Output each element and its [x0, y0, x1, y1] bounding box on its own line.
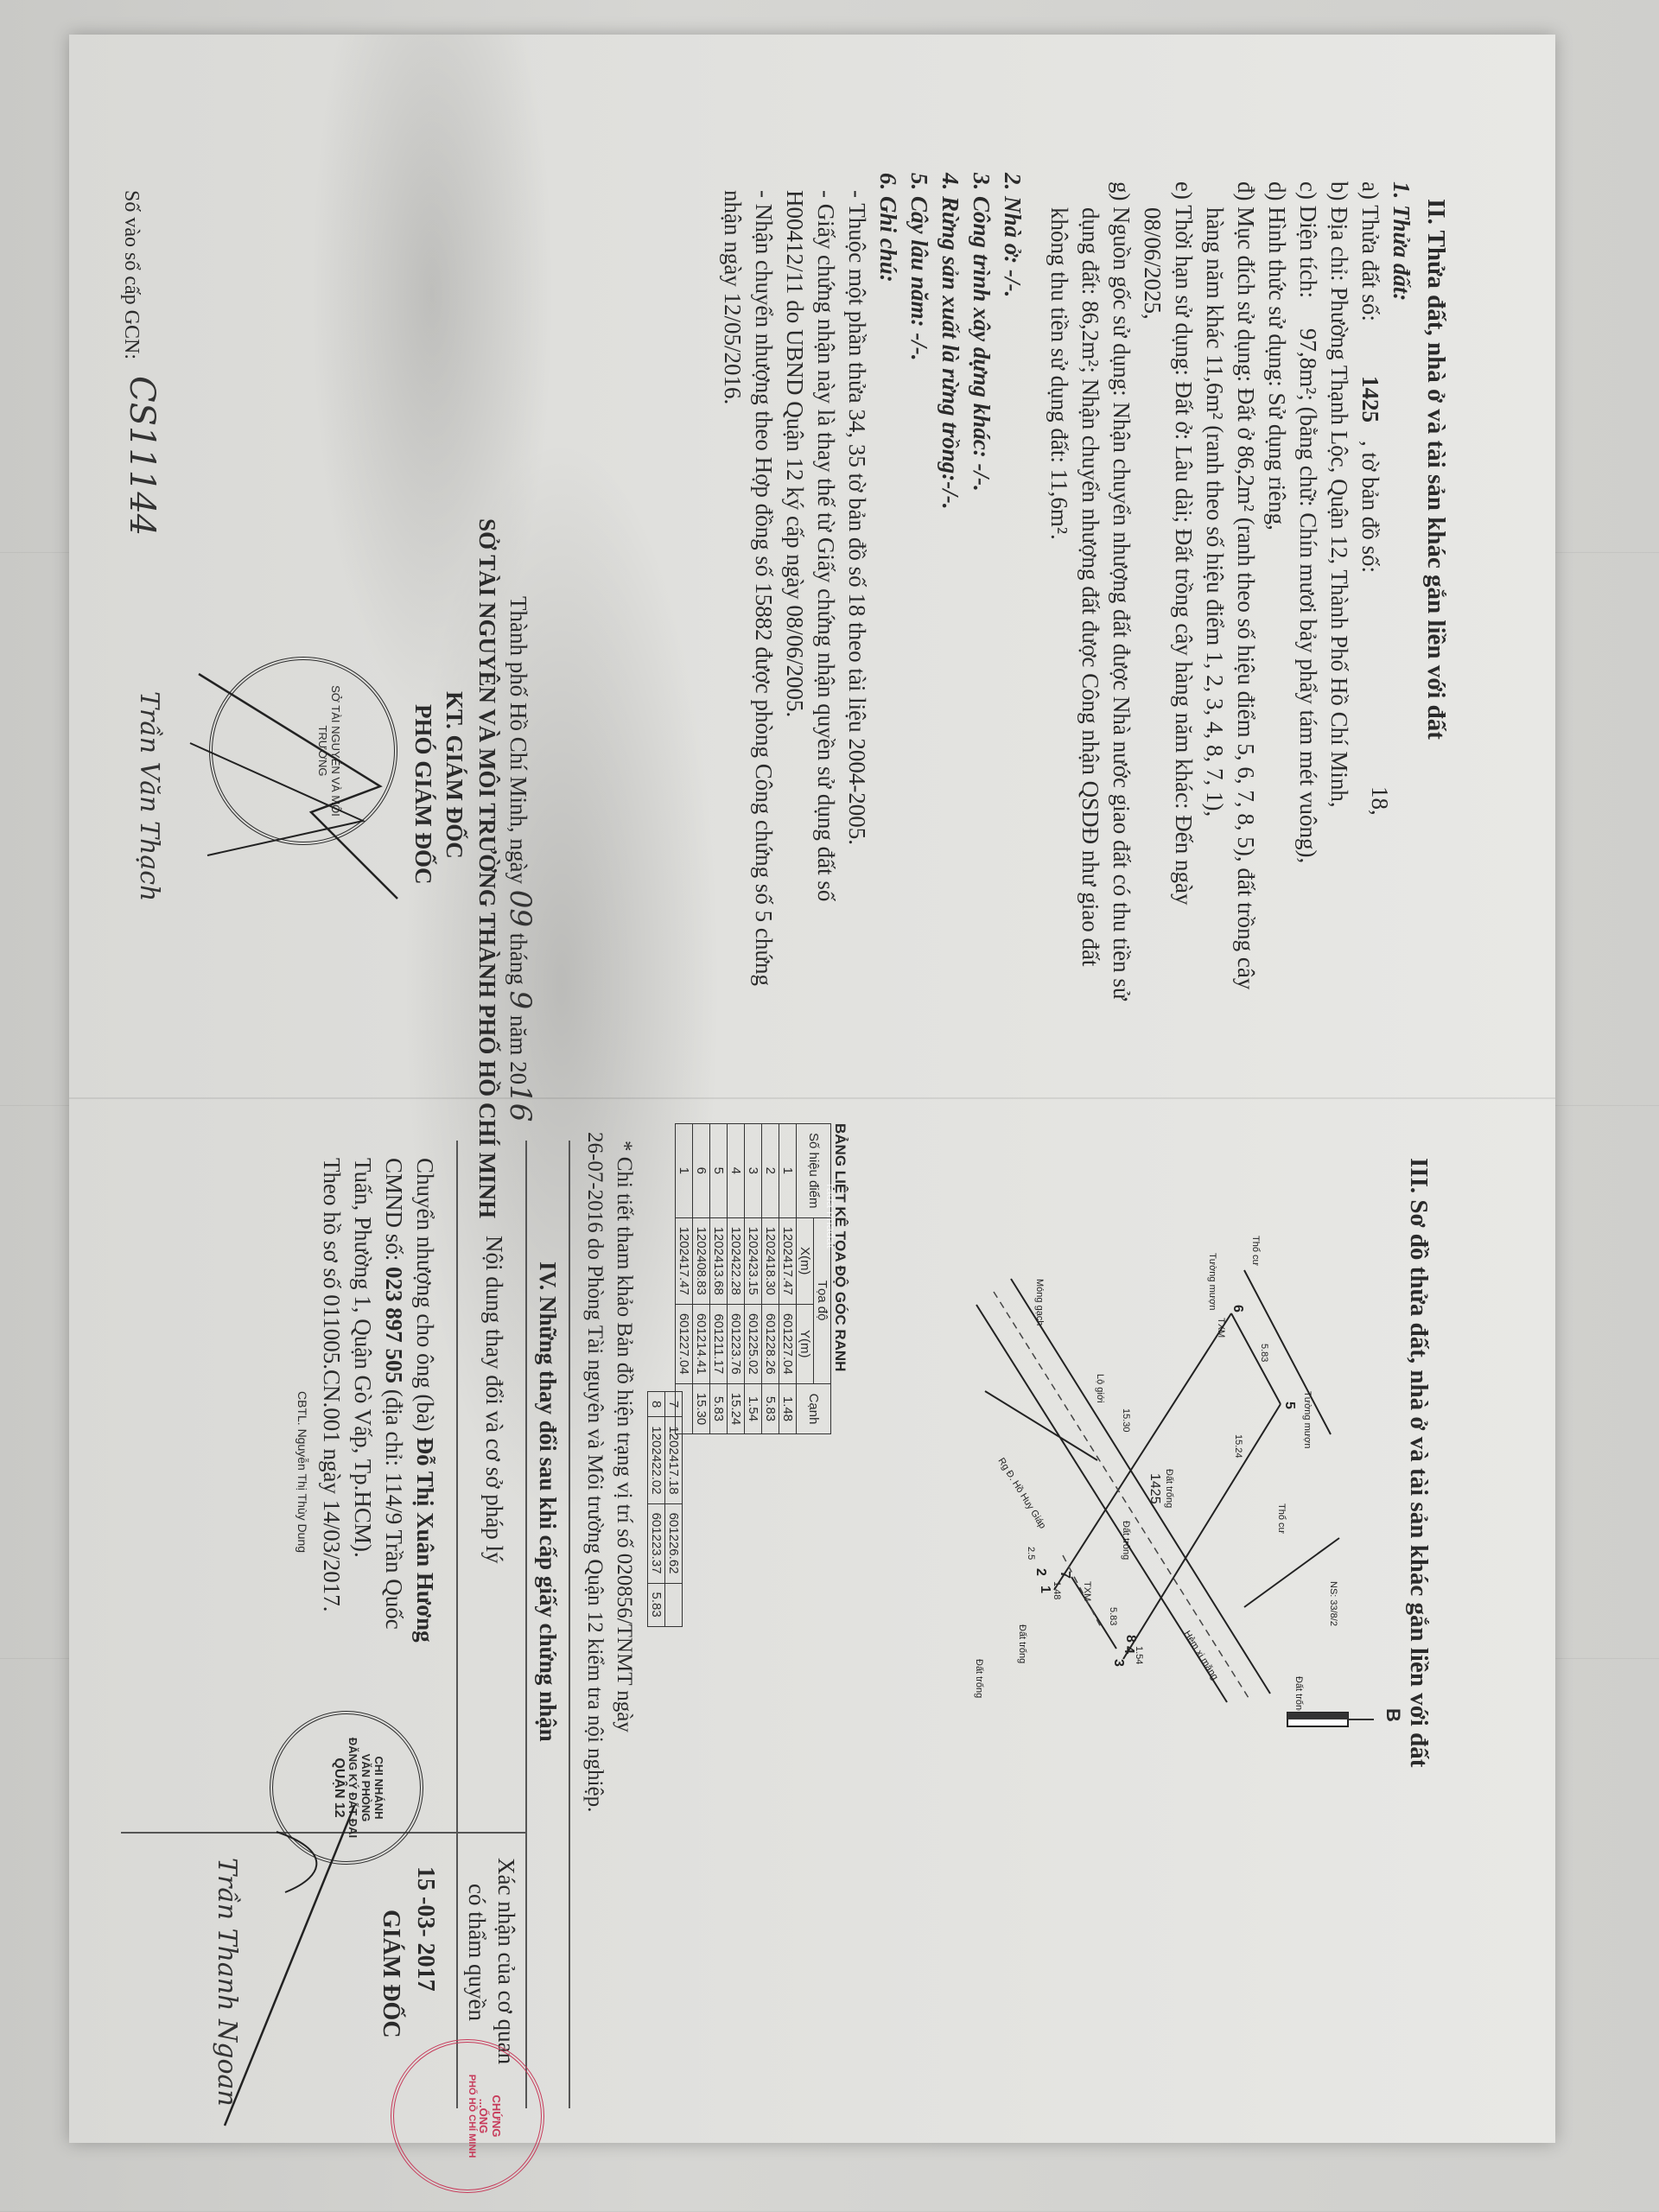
signer-title1: KT. GIÁM ĐỐC — [439, 691, 470, 859]
svg-text:2.5: 2.5 — [1026, 1547, 1036, 1560]
cell-x: 1202422.02 — [648, 1417, 665, 1503]
svg-text:6: 6 — [1230, 1305, 1245, 1313]
svg-text:Đất trống: Đất trống — [1121, 1521, 1131, 1560]
registry-label: Số vào sổ cấp GCN: — [116, 190, 147, 359]
svg-text:1.48: 1.48 — [1052, 1581, 1062, 1599]
cell-point: 2 — [762, 1124, 779, 1218]
date-prefix: Thành phố Hồ Chí Minh, ngày — [505, 596, 531, 884]
date-month-label: tháng — [505, 933, 531, 985]
notary-red-stamp: CHỨNG ...ỐNG PHỐ HỒ CHÍ MINH — [391, 2039, 544, 2193]
confirm-name: Trần Thanh Ngoan — [212, 1858, 242, 2107]
origin-line2: dụng đất: 86,2m²; Nhận chuyển nhượng đất… — [1075, 207, 1106, 966]
coordinate-table-extra: 71202417.18601226.6281202422.02601223.37… — [647, 1391, 683, 1627]
svg-text:5: 5 — [1282, 1402, 1297, 1409]
svg-text:Tường mượn: Tường mượn — [1207, 1253, 1217, 1310]
area-value: 97,8m²; (bằng chữ: Chín mươi bảy phẩy tá… — [1293, 328, 1324, 863]
cell-x: 1202417.47 — [779, 1217, 797, 1304]
house-line: 2. Nhà ở: -/-. — [997, 173, 1028, 297]
svg-text:8: 8 — [1123, 1635, 1138, 1643]
change-id: 023 897 505 — [381, 1267, 407, 1383]
svg-text:Rg Đ. Hồ Huy Giáp: Rg Đ. Hồ Huy Giáp — [995, 1456, 1047, 1530]
svg-text:15.24: 15.24 — [1233, 1434, 1243, 1459]
watermark: rada nhadat — [816, 1184, 847, 1249]
cell-edge: 1.48 — [779, 1383, 797, 1434]
origin-line1: g) Nguồn gốc sử dụng: Nhận chuyển nhượng… — [1106, 181, 1137, 1001]
svg-text:Thổ cư: Thổ cư — [1276, 1503, 1287, 1535]
svg-text:7: 7 — [1058, 1571, 1072, 1579]
note3-line2: nhận ngày 12/05/2016. — [717, 190, 748, 404]
table-row: 81202422.02601223.375.83 — [648, 1392, 665, 1627]
svg-text:5.83: 5.83 — [1108, 1607, 1118, 1625]
svg-text:Đất trống: Đất trống — [1017, 1624, 1027, 1663]
cell-point: 7 — [665, 1392, 683, 1417]
cell-edge: 15.24 — [728, 1383, 745, 1434]
clerk-name: CBTL. Nguyễn Thị Thùy Dung — [287, 1391, 318, 1553]
cell-edge: 5.83 — [710, 1383, 728, 1434]
parcel-number: 1425 — [1355, 376, 1386, 423]
cell-y: 601223.76 — [728, 1304, 745, 1383]
svg-text:15.30: 15.30 — [1121, 1408, 1131, 1433]
table-row: 11202417.47601227.041.48 — [779, 1124, 797, 1434]
section-ii-title: II. Thửa đất, nhà ở và tài sản khác gắn … — [1421, 199, 1452, 740]
left-page: II. Thửa đất, nhà ở và tài sản khác gắn … — [69, 35, 1555, 1089]
cell-x: 1202422.28 — [728, 1217, 745, 1304]
confirm-date: 15 -03- 2017 — [410, 1866, 441, 1992]
usage-form: d) Hình thức sử dụng: Sử dụng riêng, — [1262, 181, 1293, 531]
center-fold — [69, 1097, 1555, 1099]
cell-x: 1202417.18 — [665, 1417, 683, 1503]
table-row: 11202417.47601227.04 — [676, 1124, 693, 1434]
svg-text:Tường mượn: Tường mượn — [1302, 1391, 1313, 1448]
note3-line1: - Nhận chuyển nhượng theo Hợp đồng số 15… — [748, 190, 779, 986]
perennial-line: 5. Cây lâu năm: -/-. — [904, 173, 935, 361]
note2-line1: - Giấy chứng nhận này là thay thế từ Giấ… — [810, 190, 842, 901]
svg-text:NS: 33/8/2: NS: 33/8/2 — [1328, 1581, 1338, 1626]
cell-edge — [665, 1583, 683, 1626]
table-row: 71202417.18601226.62 — [665, 1392, 683, 1627]
issue-date-line: Thành phố Hồ Chí Minh, ngày 09 tháng 9 n… — [503, 596, 536, 1122]
parcel-number-label: a) Thửa đất số: — [1355, 181, 1386, 321]
svg-text:4: 4 — [1122, 1646, 1136, 1654]
svg-text:1: 1 — [1038, 1586, 1052, 1593]
cell-y: 601227.04 — [676, 1304, 693, 1383]
change-line3: Tuấn, Phường 1, Quận Gò Vấp, Tp.HCM). — [347, 1158, 378, 1558]
svg-text:Thổ cư: Thổ cư — [1250, 1236, 1261, 1267]
cell-point: 3 — [745, 1124, 762, 1218]
svg-text:5.83: 5.83 — [1259, 1344, 1269, 1362]
table-row: 51202413.68601211.175.83 — [710, 1124, 728, 1434]
address: b) Địa chỉ: Phường Thạnh Lộc, Quận 12, T… — [1324, 181, 1355, 808]
cell-x: 1202423.15 — [745, 1217, 762, 1304]
svg-text:TXM: TXM — [1216, 1318, 1226, 1338]
construction-line: 3. Công trình xây dựng khác: -/-. — [966, 173, 997, 492]
right-page: III. Sơ đồ thửa đất, nhà ở và tài sản kh… — [69, 1106, 1555, 2143]
land-certificate-sheet: II. Thửa đất, nhà ở và tài sản khác gắn … — [69, 35, 1555, 2143]
table-row: 41202422.28601223.7615.24 — [728, 1124, 745, 1434]
date-day: 09 — [503, 890, 537, 927]
registry-number: CS11144 — [126, 376, 157, 536]
note1: - Thuộc một phần thửa 34, 35 tờ bản đồ s… — [842, 190, 873, 845]
cell-y: 601228.26 — [762, 1304, 779, 1383]
area-label: c) Diện tích: — [1293, 181, 1324, 298]
cell-edge: 15.30 — [693, 1383, 710, 1434]
term-line2: 08/06/2025, — [1137, 207, 1168, 320]
cell-point: 6 — [693, 1124, 710, 1218]
change-line1: Chuyển nhượng cho ông (bà) Đỗ Thị Xuân H… — [410, 1158, 441, 1643]
col-edge: Cạnh — [797, 1383, 831, 1434]
parcel-usage-label: Đất trống — [1164, 1469, 1174, 1508]
section-iii-title: III. Sơ đồ thửa đất, nhà ở và tài sản kh… — [1403, 1158, 1434, 1767]
cell-point: 1 — [676, 1124, 693, 1218]
table-row: 61202408.83601214.4115.30 — [693, 1124, 710, 1434]
change-line4: Theo hồ sơ số 011005.CN.001 ngày 14/03/2… — [316, 1158, 347, 1612]
changes-title: IV. Những thay đổi sau khi cấp giấy chứn… — [532, 1262, 563, 1742]
table-row: 21202418.30601228.265.83 — [762, 1124, 779, 1434]
reference-line2: 26-07-2016 do Phòng Tài nguyên và Môi tr… — [579, 1132, 610, 1812]
svg-text:Hẻm xi măng: Hẻm xi măng — [1181, 1629, 1220, 1681]
col-y: Y(m) — [797, 1304, 814, 1383]
cell-y: 601214.41 — [693, 1304, 710, 1383]
svg-text:3: 3 — [1111, 1659, 1126, 1667]
svg-text:Đất trống: Đất trống — [974, 1659, 984, 1698]
cell-y: 601211.17 — [710, 1304, 728, 1383]
notes-heading: 6. Ghi chú: — [873, 173, 904, 283]
coordinate-table: Số hiệu điểm Tọa độ Cạnh X(m) Y(m) 11202… — [675, 1123, 831, 1434]
note2-line2: H00412/11 do UBND Quận 12 ký cấp ngày 08… — [779, 190, 810, 717]
term-line1: e) Thời hạn sử dụng: Đất ở: Lâu dài; Đất… — [1168, 181, 1199, 905]
change-line2: CMND số: 023 897 505 (địa chỉ: 114/9 Trầ… — [378, 1158, 410, 1630]
cell-x: 1202418.30 — [762, 1217, 779, 1304]
cell-edge: 1.54 — [745, 1383, 762, 1434]
parcel-number-label: 1425 — [1147, 1473, 1162, 1504]
cell-point: 8 — [648, 1392, 665, 1417]
cell-y: 601227.04 — [779, 1304, 797, 1383]
col-x: X(m) — [797, 1217, 814, 1304]
cell-x: 1202413.68 — [710, 1217, 728, 1304]
signature-strokes — [173, 639, 415, 916]
change-owner: Đỗ Thị Xuân Hương — [412, 1438, 438, 1643]
svg-text:Lộ giới: Lộ giới — [1095, 1374, 1105, 1403]
forest-line: 4. Rừng sản xuất là rừng trồng:-/-. — [935, 173, 966, 509]
cell-x: 1202408.83 — [693, 1217, 710, 1304]
reference-line1: * Chi tiết tham khảo Bản đồ hiện trạng v… — [608, 1141, 639, 1732]
changes-header-rule — [525, 1141, 527, 2108]
svg-text:Móng gạch: Móng gạch — [1034, 1279, 1045, 1325]
changes-col1-header: Nội dung thay đổi và cơ sở pháp lý — [479, 1236, 510, 1564]
cell-y: 601225.02 — [745, 1304, 762, 1383]
map-sheet: 18, — [1364, 786, 1395, 816]
svg-text:TXM: TXM — [1082, 1581, 1092, 1601]
cell-point: 4 — [728, 1124, 745, 1218]
cell-edge: 5.83 — [648, 1583, 665, 1626]
purpose-line2: hàng năm khác 11,6m² (ranh theo số hiệu … — [1199, 207, 1230, 817]
parcel-heading: 1. Thửa đất: — [1386, 181, 1417, 301]
map-sheet-label: , tờ bản đồ số: — [1355, 441, 1386, 573]
signer-name: Trần Văn Thạch — [134, 691, 164, 901]
date-year-label: năm 20 — [505, 1015, 531, 1084]
svg-text:2: 2 — [1033, 1568, 1048, 1576]
cell-y: 601226.62 — [665, 1503, 683, 1583]
cell-edge: 5.83 — [762, 1383, 779, 1434]
cell-point: 5 — [710, 1124, 728, 1218]
changes-col2-header-2: có thẩm quyền — [461, 1884, 493, 2021]
cell-point: 1 — [779, 1124, 797, 1218]
parcel-diagram: Đất trống 1425 Thổ cư Thổ cư NS: 33/8/2 … — [950, 1175, 1382, 1711]
cell-x: 1202417.47 — [676, 1217, 693, 1304]
purpose-line1: đ) Mục đích sử dụng: Đất ở 86,2m² (ranh … — [1230, 181, 1262, 989]
changes-top-rule — [569, 1141, 570, 2108]
table-row: 31202423.15601225.021.54 — [745, 1124, 762, 1434]
date-month: 9 — [503, 991, 537, 1010]
origin-line3: không thu tiền sử dụng đất: 11,6m². — [1044, 207, 1075, 540]
changes-col2-header-1: Xác nhận của cơ quan — [491, 1858, 522, 2064]
svg-text:Đất trống: Đất trống — [1294, 1676, 1304, 1711]
changes-body-rule — [456, 1141, 458, 2108]
cell-y: 601223.37 — [648, 1503, 665, 1583]
